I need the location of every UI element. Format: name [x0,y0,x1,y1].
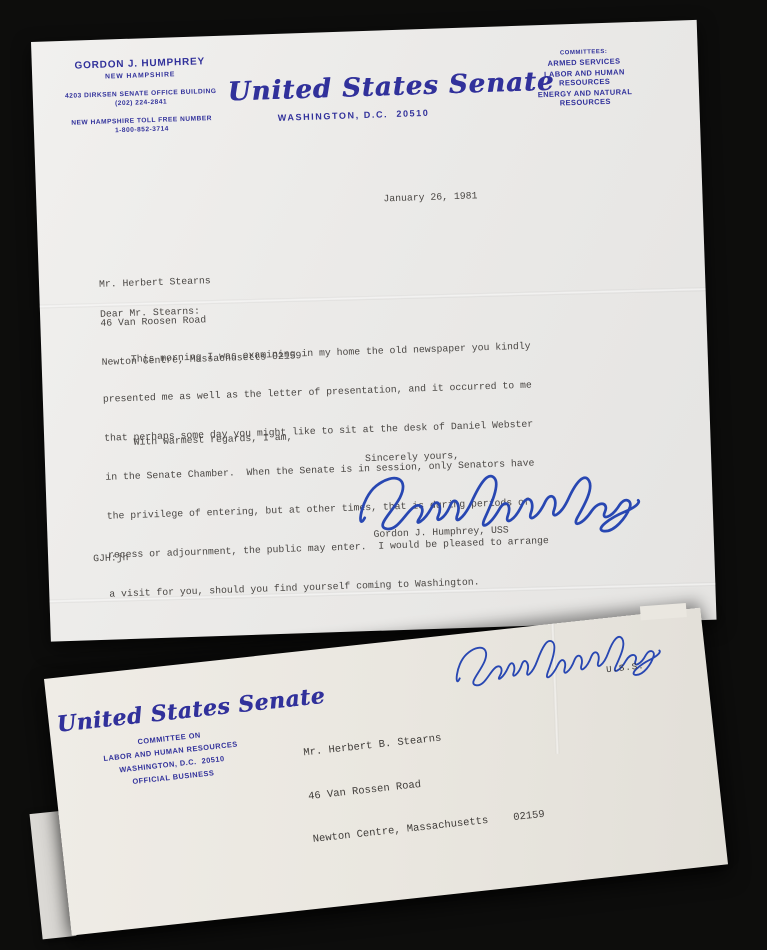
envelope-recipient-block: Mr. Herbert B. Stearns 46 Van Rossen Roa… [300,692,549,876]
masthead-title: United States Senate [227,69,478,107]
letterhead-sender-block: GORDON J. HUMPHREY NEW HAMPSHIRE 4203 DI… [50,55,232,136]
envelope-masthead: United States Senate COMMITTEE ON LABOR … [56,688,284,795]
date-line: January 26, 1981 [383,189,477,205]
body-line: a visit for you, should you find yoursel… [109,573,550,601]
masthead-city: WASHINGTON, D.C. 20510 [229,106,479,124]
envelope: United States Senate COMMITTEE ON LABOR … [44,608,728,936]
envelope-recipient-line: 46 Van Rossen Road [307,765,540,805]
committee-item: ENERGY AND NATURAL RESOURCES [525,87,646,109]
body-line: presented me as well as the letter of pr… [103,378,544,406]
committee-item: LABOR AND HUMAN RESOURCES [524,67,645,89]
letterhead-committees-block: COMMITTEES: ARMED SERVICES LABOR AND HUM… [504,47,666,109]
reference-initials: GJH:jh [93,551,129,565]
letterhead-masthead: United States Senate WASHINGTON, D.C. 20… [227,69,478,124]
letter-sheet: GORDON J. HUMPHREY NEW HAMPSHIRE 4203 DI… [31,20,717,642]
photo-background: GORDON J. HUMPHREY NEW HAMPSHIRE 4203 DI… [0,0,767,950]
envelope-recipient-line: Mr. Herbert B. Stearns [303,721,536,761]
envelope-recipient-line: Newton Centre, Massachusetts 02159 [312,808,545,848]
recipient-line: Mr. Herbert Stearns [99,271,299,291]
body-line: This morning I was examining in my home … [101,339,542,367]
